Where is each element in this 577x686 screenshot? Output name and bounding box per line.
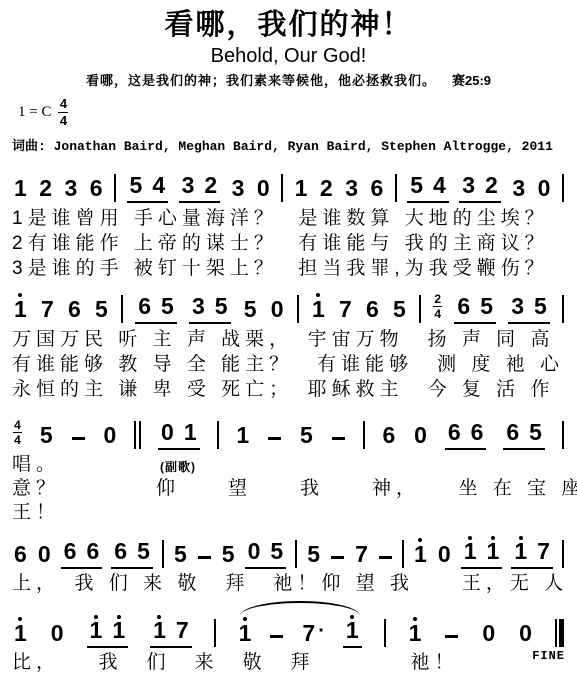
barline	[114, 174, 116, 202]
note-digit: 1	[13, 169, 28, 203]
dash-extension	[331, 416, 346, 450]
music-line-3: 44500115606665	[0, 410, 577, 450]
eighth-note-group: 65	[135, 288, 177, 324]
eighth-note-group: 17	[150, 612, 192, 648]
digit: 2	[39, 177, 52, 200]
dash-extension	[197, 535, 212, 569]
ts-denominator: 4	[14, 434, 21, 447]
digit: 4	[433, 174, 446, 197]
digit: 7	[339, 298, 352, 321]
note-digit: 7	[338, 290, 353, 324]
key-prefix: 1 = C	[18, 104, 51, 121]
music-line-2: 17656535501765246535	[0, 284, 577, 324]
digit: 3	[511, 295, 524, 318]
double-barline	[134, 421, 141, 449]
digit: 1	[514, 540, 527, 563]
digit: 7	[176, 619, 189, 642]
note-digit: 1	[513, 533, 528, 567]
dash-bar	[445, 635, 458, 638]
digit: 6	[68, 298, 81, 321]
note-digit: 6	[365, 290, 380, 324]
digit: 3	[232, 177, 245, 200]
final-barline	[555, 619, 564, 647]
note-digit: 5	[94, 290, 109, 324]
digit: 5	[393, 298, 406, 321]
dash-extension	[378, 535, 393, 569]
note-digit: 6	[113, 533, 128, 567]
note-digit: 2	[484, 167, 499, 201]
note-digit: 5	[136, 533, 151, 567]
digit: 5	[40, 424, 53, 447]
octave-dot	[418, 538, 422, 542]
lyric-text: 唱。	[12, 454, 60, 475]
scripture-reference: 赛25:9	[452, 73, 491, 88]
note-digit: 5	[221, 535, 236, 569]
note-digit: 3	[181, 167, 196, 201]
note-digit: 1	[311, 290, 326, 324]
eighth-note-group: 32	[179, 167, 221, 203]
octave-dot	[350, 615, 354, 619]
digit: 7	[41, 298, 54, 321]
augmentation-dot: ·	[318, 621, 325, 641]
eighth-note-group: 35	[189, 288, 231, 324]
music-line-5: 10111717·1100	[0, 608, 577, 648]
octave-dot	[468, 536, 472, 540]
digit: 2	[320, 177, 333, 200]
note-digit: 3	[344, 169, 359, 203]
note-digit: 3	[511, 169, 526, 203]
note-digit: 0	[437, 535, 452, 569]
dash-bar	[72, 437, 85, 440]
digit: 6	[114, 540, 127, 563]
digit: 1	[153, 619, 166, 642]
note-digit: 5	[299, 416, 314, 450]
note-digit: 5	[306, 535, 321, 569]
digit: 0	[257, 177, 270, 200]
note-digit: 5	[409, 167, 424, 201]
lyric-row: 上， 我 们 来 敬 拜 祂！仰 望 我 王，无 人 能 相	[12, 571, 577, 596]
octave-dot	[117, 615, 121, 619]
note-digit: 3	[64, 169, 79, 203]
dash-extension	[71, 416, 86, 450]
barline	[363, 421, 365, 449]
note-digit: 7	[40, 290, 55, 324]
dash-bar	[331, 556, 344, 559]
note-digit: 3	[191, 288, 206, 322]
digit: 6	[86, 540, 99, 563]
digit: 1	[312, 298, 325, 321]
barline	[297, 295, 299, 323]
note-digit: 5	[214, 288, 229, 322]
barline	[214, 619, 216, 647]
chorus-lyrics-row: 上， 我 们 来 敬 拜 祂！仰 望 我 王，无 人 能 相	[0, 571, 577, 596]
digit: 1	[414, 543, 427, 566]
eighth-note-group: 66	[61, 533, 103, 569]
music-line-4: 606665550557101117	[0, 529, 577, 569]
digit: 6	[471, 421, 484, 444]
eighth-note-group: 11	[87, 612, 129, 648]
note-digit: 0	[537, 169, 552, 203]
time-signature-numerator: 4	[60, 97, 67, 111]
lyric-row: 意？ 仰 望 我 神， 坐 在 宝 座	[12, 477, 577, 501]
key-signature: 1 = C 4 4	[18, 97, 577, 127]
song-title-english: Behold, Our God!	[0, 44, 577, 68]
note-digit: 0	[256, 169, 271, 203]
note-digit: 5	[392, 290, 407, 324]
note-digit: 1	[408, 614, 423, 648]
lyric-row: 王！	[12, 501, 577, 525]
barline	[562, 174, 564, 202]
note-digit: 6	[369, 169, 384, 203]
scripture-line: 看哪，这是我们的神；我们素来等候他，他必拯救我们。赛25:9	[0, 73, 577, 89]
verse-lyrics-block-2: 万国万民 听 主 声 战栗， 宇宙万物 扬 声 同 高有谁能够 教 导 全 能主…	[0, 327, 577, 402]
ts-numerator: 2	[434, 293, 441, 306]
octave-dot	[519, 536, 523, 540]
digit: 0	[51, 622, 64, 645]
note-digit: 0	[270, 290, 285, 324]
digit: 0	[38, 543, 51, 566]
note-digit: 1	[111, 612, 126, 646]
digit: 4	[152, 174, 165, 197]
digit: 0	[414, 424, 427, 447]
octave-dot	[316, 293, 320, 297]
digit: 0	[103, 424, 116, 447]
note-digit: 5	[129, 167, 144, 201]
note-digit: 0	[160, 414, 175, 448]
digit: 2	[485, 174, 498, 197]
note-digit: 5	[173, 535, 188, 569]
digit: 7	[302, 622, 315, 645]
note-digit: 5	[243, 290, 258, 324]
digit: 6	[382, 424, 395, 447]
eighth-note-group: 65	[454, 288, 496, 324]
digit: 0	[438, 543, 451, 566]
octave-dot	[94, 615, 98, 619]
digit: 6	[448, 421, 461, 444]
eighth-note-group: 54	[407, 167, 449, 203]
dash-extension	[330, 535, 345, 569]
digit: 1	[346, 619, 359, 642]
eighth-note-group: 05	[245, 533, 287, 569]
time-signature: 44	[13, 419, 22, 447]
digit: 1	[184, 421, 197, 444]
note-digit: 1	[152, 612, 167, 646]
time-signature: 24	[433, 293, 442, 321]
eighth-note-group: 65	[503, 414, 545, 450]
scripture-text: 看哪，这是我们的神；我们素来等候他，他必拯救我们。	[86, 73, 436, 88]
note-digit: 2	[203, 167, 218, 201]
note-digit: 1	[235, 416, 250, 450]
note-digit: 0	[481, 614, 496, 648]
digit: 0	[248, 540, 261, 563]
note-digit: 1	[183, 414, 198, 448]
eighth-note-group: 17	[511, 533, 553, 569]
note-digit: 4	[151, 167, 166, 201]
digit: 6	[138, 295, 151, 318]
barline	[384, 619, 386, 647]
slur-arc	[240, 601, 360, 616]
digit: 5	[480, 295, 493, 318]
note-digit: 6	[67, 290, 82, 324]
digit: 1	[14, 298, 27, 321]
lyric-row: 2有谁能作 上帝的谋士？ 有谁能与 我的主商议？	[12, 231, 577, 256]
note-digit: 6	[470, 414, 485, 448]
octave-dot	[243, 617, 247, 621]
eighth-note-group: 11	[461, 533, 503, 569]
note-digit: 6	[505, 414, 520, 448]
dash-bar	[270, 635, 283, 638]
lyric-row: 唱。(副歌)	[12, 453, 577, 477]
digit: 5	[95, 298, 108, 321]
digit: 1	[464, 540, 477, 563]
note-digit: 3	[510, 288, 525, 322]
digit: 3	[345, 177, 358, 200]
note-digit: 1	[294, 169, 309, 203]
digit: 2	[204, 174, 217, 197]
eighth-note-group: 32	[459, 167, 501, 203]
note-digit: 5	[533, 288, 548, 322]
note-digit: 2	[38, 169, 53, 203]
octave-dot	[18, 293, 22, 297]
sheet-music-page: 看哪，我们的神！ Behold, Our God! 看哪，这是我们的神；我们素来…	[0, 0, 577, 686]
note-digit: 0	[413, 416, 428, 450]
digit: 0	[482, 622, 495, 645]
barline	[562, 421, 564, 449]
note-digit: 1	[13, 290, 28, 324]
digit: 6	[366, 298, 379, 321]
digit: 1	[239, 622, 252, 645]
octave-dot	[491, 536, 495, 540]
barline	[162, 540, 164, 568]
digit: 6	[90, 177, 103, 200]
note-digit: 0	[50, 614, 65, 648]
digit: 5	[130, 174, 143, 197]
note-digit: 7	[354, 535, 369, 569]
note-digit: 6	[381, 416, 396, 450]
digit: 5	[244, 298, 257, 321]
verse-lyrics-block: 1是谁曾用 手心量海洋？ 是谁数算 大地的尘埃？2有谁能作 上帝的谋士？ 有谁能…	[0, 206, 577, 281]
note-digit: 1	[485, 533, 500, 567]
digit: 5	[161, 295, 174, 318]
song-title-chinese: 看哪，我们的神！	[0, 8, 577, 42]
dash-bar	[268, 437, 281, 440]
note-digit: 1	[13, 614, 28, 648]
barline	[217, 421, 219, 449]
music-line-1: 12365432301236543230	[0, 163, 577, 203]
digit: 1	[112, 619, 125, 642]
digit: 0	[519, 622, 532, 645]
barline	[295, 540, 297, 568]
digit: 0	[538, 177, 551, 200]
digit: 1	[90, 619, 103, 642]
eighth-note-group: 66	[445, 414, 487, 450]
note-digit: 1	[413, 535, 428, 569]
digit: 6	[14, 543, 27, 566]
digit: 0	[271, 298, 284, 321]
digit: 5	[534, 295, 547, 318]
digit: 6	[506, 421, 519, 444]
eighth-note-group: 54	[127, 167, 169, 203]
note-digit: 6	[13, 535, 28, 569]
barline	[121, 295, 123, 323]
digit: 1	[295, 177, 308, 200]
dash-bar	[198, 556, 211, 559]
note-digit: 3	[231, 169, 246, 203]
barline	[562, 295, 564, 323]
digit: 7	[537, 540, 550, 563]
note-digit: 7·	[301, 614, 325, 648]
digit: 3	[512, 177, 525, 200]
chorus-lyrics-block: 唱。(副歌) 意？ 仰 望 我 神， 坐 在 宝 座 王！	[0, 453, 577, 525]
note-digit: 5	[39, 416, 54, 450]
lyric-row: 永恒的主 谦 卑 受 死亡； 耶稣救主 今 复 活 作	[12, 377, 577, 402]
final-lyrics-row: 比， 我 们 来 敬 拜 祂！ FINE	[0, 650, 577, 675]
note-digit: 0	[247, 533, 262, 567]
note-digit: 3	[461, 167, 476, 201]
digit: 5	[307, 543, 320, 566]
digit: 5	[410, 174, 423, 197]
digit: 5	[174, 543, 187, 566]
lyric-row: 有谁能够 教 导 全 能主？ 有谁能够 测 度 祂 心	[12, 352, 577, 377]
digit: 1	[409, 622, 422, 645]
note-digit: 6	[456, 288, 471, 322]
barline	[402, 540, 404, 568]
digit: 7	[355, 543, 368, 566]
barline	[395, 174, 397, 202]
digit: 5	[529, 421, 542, 444]
digit: 5	[137, 540, 150, 563]
digit: 6	[457, 295, 470, 318]
digit: 3	[192, 295, 205, 318]
digit: 3	[182, 174, 195, 197]
dash-extension	[269, 614, 284, 648]
digit: 5	[300, 424, 313, 447]
note-digit: 6	[89, 169, 104, 203]
octave-dot	[157, 615, 161, 619]
note-digit: 5	[528, 414, 543, 448]
eighth-note-group: 1	[343, 612, 362, 648]
barline	[281, 174, 283, 202]
note-digit: 1	[463, 533, 478, 567]
slur-group: 17·1	[238, 612, 362, 648]
note-digit: 6	[137, 288, 152, 322]
note-digit: 4	[432, 167, 447, 201]
chorus-label: (副歌)	[160, 455, 196, 479]
dash-bar	[332, 437, 345, 440]
digit: 0	[161, 421, 174, 444]
note-digit: 6	[63, 533, 78, 567]
digit: 5	[222, 543, 235, 566]
note-digit: 7	[536, 533, 551, 567]
fine-marker: FINE	[532, 644, 565, 669]
dash-extension	[444, 614, 459, 648]
note-digit: 1	[238, 614, 253, 648]
note-digit: 6	[447, 414, 462, 448]
note-digit: 2	[319, 169, 334, 203]
dash-bar	[379, 556, 392, 559]
digit: 1	[14, 177, 27, 200]
lyric-row: 3是谁的手 被钉十架上？ 担当我罪,为我受鞭伤？	[12, 256, 577, 281]
note-digit: 5	[160, 288, 175, 322]
note-digit: 0	[102, 416, 117, 450]
note-digit: 1	[89, 612, 104, 646]
digit: 1	[486, 540, 499, 563]
digit: 1	[14, 622, 27, 645]
note-digit: 7	[175, 612, 190, 646]
note-digit: 5	[269, 533, 284, 567]
lyric-row: 1是谁曾用 手心量海洋？ 是谁数算 大地的尘埃？	[12, 206, 577, 231]
digit: 5	[270, 540, 283, 563]
lyric-row: 万国万民 听 主 声 战栗， 宇宙万物 扬 声 同 高	[12, 327, 577, 352]
note-digit: 5	[479, 288, 494, 322]
eighth-note-group: 01	[158, 414, 200, 450]
eighth-note-group: 65	[111, 533, 153, 569]
ts-numerator: 4	[14, 419, 21, 432]
barline	[419, 295, 421, 323]
digit: 6	[370, 177, 383, 200]
barline	[562, 540, 564, 568]
digit: 3	[462, 174, 475, 197]
lyric-row: 比， 我 们 来 敬 拜 祂！	[12, 652, 459, 673]
digit: 6	[64, 540, 77, 563]
time-signature-fraction: 4 4	[58, 97, 68, 127]
eighth-note-group: 35	[508, 288, 550, 324]
dash-extension	[267, 416, 282, 450]
digit: 3	[65, 177, 78, 200]
composer-credits: 词曲: Jonathan Baird, Meghan Baird, Ryan B…	[12, 139, 577, 155]
octave-dot	[18, 617, 22, 621]
note-digit: 0	[518, 614, 533, 648]
ts-denominator: 4	[434, 308, 441, 321]
digit: 1	[236, 424, 249, 447]
note-digit: 6	[85, 533, 100, 567]
time-signature-denominator: 4	[60, 114, 67, 128]
note-digit: 0	[37, 535, 52, 569]
note-digit: 1	[345, 612, 360, 646]
digit: 5	[215, 295, 228, 318]
octave-dot	[413, 617, 417, 621]
